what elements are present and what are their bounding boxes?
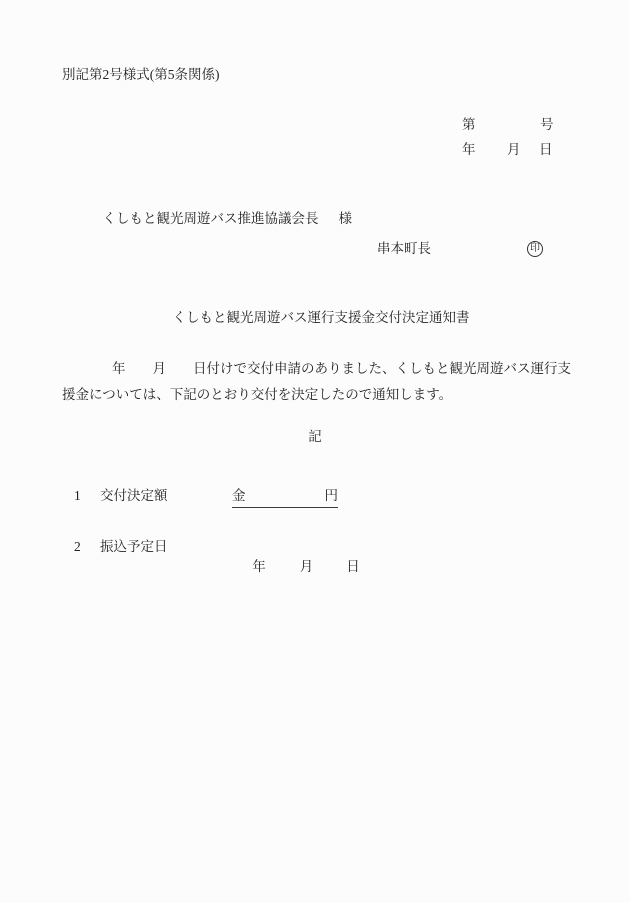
body-line-1: 年 月 日付けで交付申請のありました、くしもと観光周遊バス運行支 xyxy=(62,356,574,382)
seal-mark-icon: 印 xyxy=(527,241,543,257)
document-page: 別記第2号様式(第5条関係) 第 号 年 月 日 くしもと観光周遊バス推進協議会… xyxy=(0,0,630,903)
amount-prefix: 金 xyxy=(232,486,246,506)
addressee-name: くしもと観光周遊バス推進協議会長 xyxy=(103,211,319,226)
sender-title: 串本町長 xyxy=(377,239,431,259)
doc-number-prefix: 第 xyxy=(462,115,476,135)
date-day-label: 日 xyxy=(539,140,553,160)
transfer-month-label: 月 xyxy=(300,559,314,574)
addressee-honorific: 様 xyxy=(339,211,353,226)
amount-suffix: 円 xyxy=(325,486,339,506)
transfer-date-field: 年月日 xyxy=(232,537,360,597)
document-title: くしもと観光周遊バス運行支援金交付決定通知書 xyxy=(12,308,630,328)
item-1-label: 交付決定額 xyxy=(100,486,168,506)
doc-number-suffix: 号 xyxy=(540,115,554,135)
form-designation-label: 別記第2号様式(第5条関係) xyxy=(62,65,220,85)
date-year-label: 年 xyxy=(462,140,476,160)
item-1-number: 1 xyxy=(74,486,81,506)
body-line-2: 援金については、下記のとおり交付を決定したので通知します。 xyxy=(62,382,574,408)
transfer-year-label: 年 xyxy=(252,559,266,574)
amount-blank-field: 金 円 xyxy=(232,486,338,508)
date-month-label: 月 xyxy=(507,140,521,160)
item-2-number: 2 xyxy=(74,537,81,557)
item-2-label: 振込予定日 xyxy=(100,537,168,557)
body-paragraph: 年 月 日付けで交付申請のありました、くしもと観光周遊バス運行支 援金については… xyxy=(62,356,574,408)
record-marker: 記 xyxy=(0,427,630,447)
addressee-line: くしもと観光周遊バス推進協議会長様 xyxy=(89,189,352,249)
transfer-day-label: 日 xyxy=(346,559,360,574)
